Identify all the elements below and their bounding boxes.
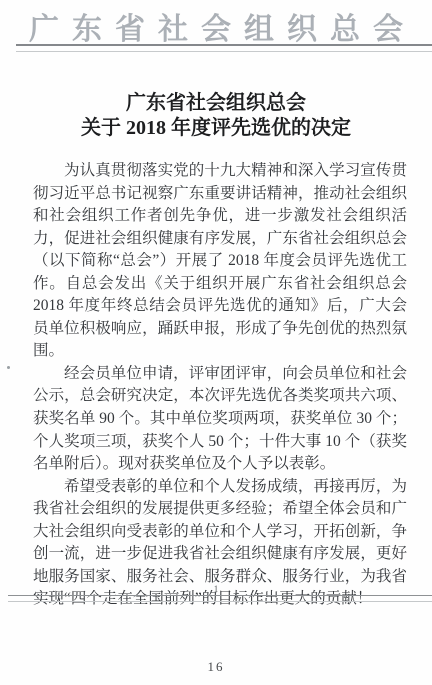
letterhead-divider-rule xyxy=(16,44,432,52)
scanned-document-page: 广东省社会组织总会 广东省社会组织总会 关于 2018 年度评先选优的决定 为认… xyxy=(0,0,432,685)
document-title-line2: 关于 2018 年度评先选优的决定 xyxy=(0,116,432,141)
page-number: 16 xyxy=(0,659,432,675)
body-paragraph: 经会员单位申请，评审团评审，向会员单位和社会公示，总会研究决定，本次评先选优各类… xyxy=(33,363,407,476)
document-title-line1: 广东省社会组织总会 xyxy=(0,91,432,116)
body-paragraph: 为认真贯彻落实党的十九大精神和深入学习宣传贯彻习近平总书记视察广东重要讲话精神，… xyxy=(33,160,407,363)
letterhead-org-name: 广东省社会组织总会 xyxy=(0,4,432,48)
document-title: 广东省社会组织总会 关于 2018 年度评先选优的决定 xyxy=(0,91,432,141)
scan-artifact-dot xyxy=(7,366,10,369)
footer-divider-rule xyxy=(8,595,432,602)
inner-page-number: 1 xyxy=(0,584,432,594)
document-body: 为认真贯彻落实党的十九大精神和深入学习宣传贯彻习近平总书记视察广东重要讲话精神，… xyxy=(33,160,407,611)
